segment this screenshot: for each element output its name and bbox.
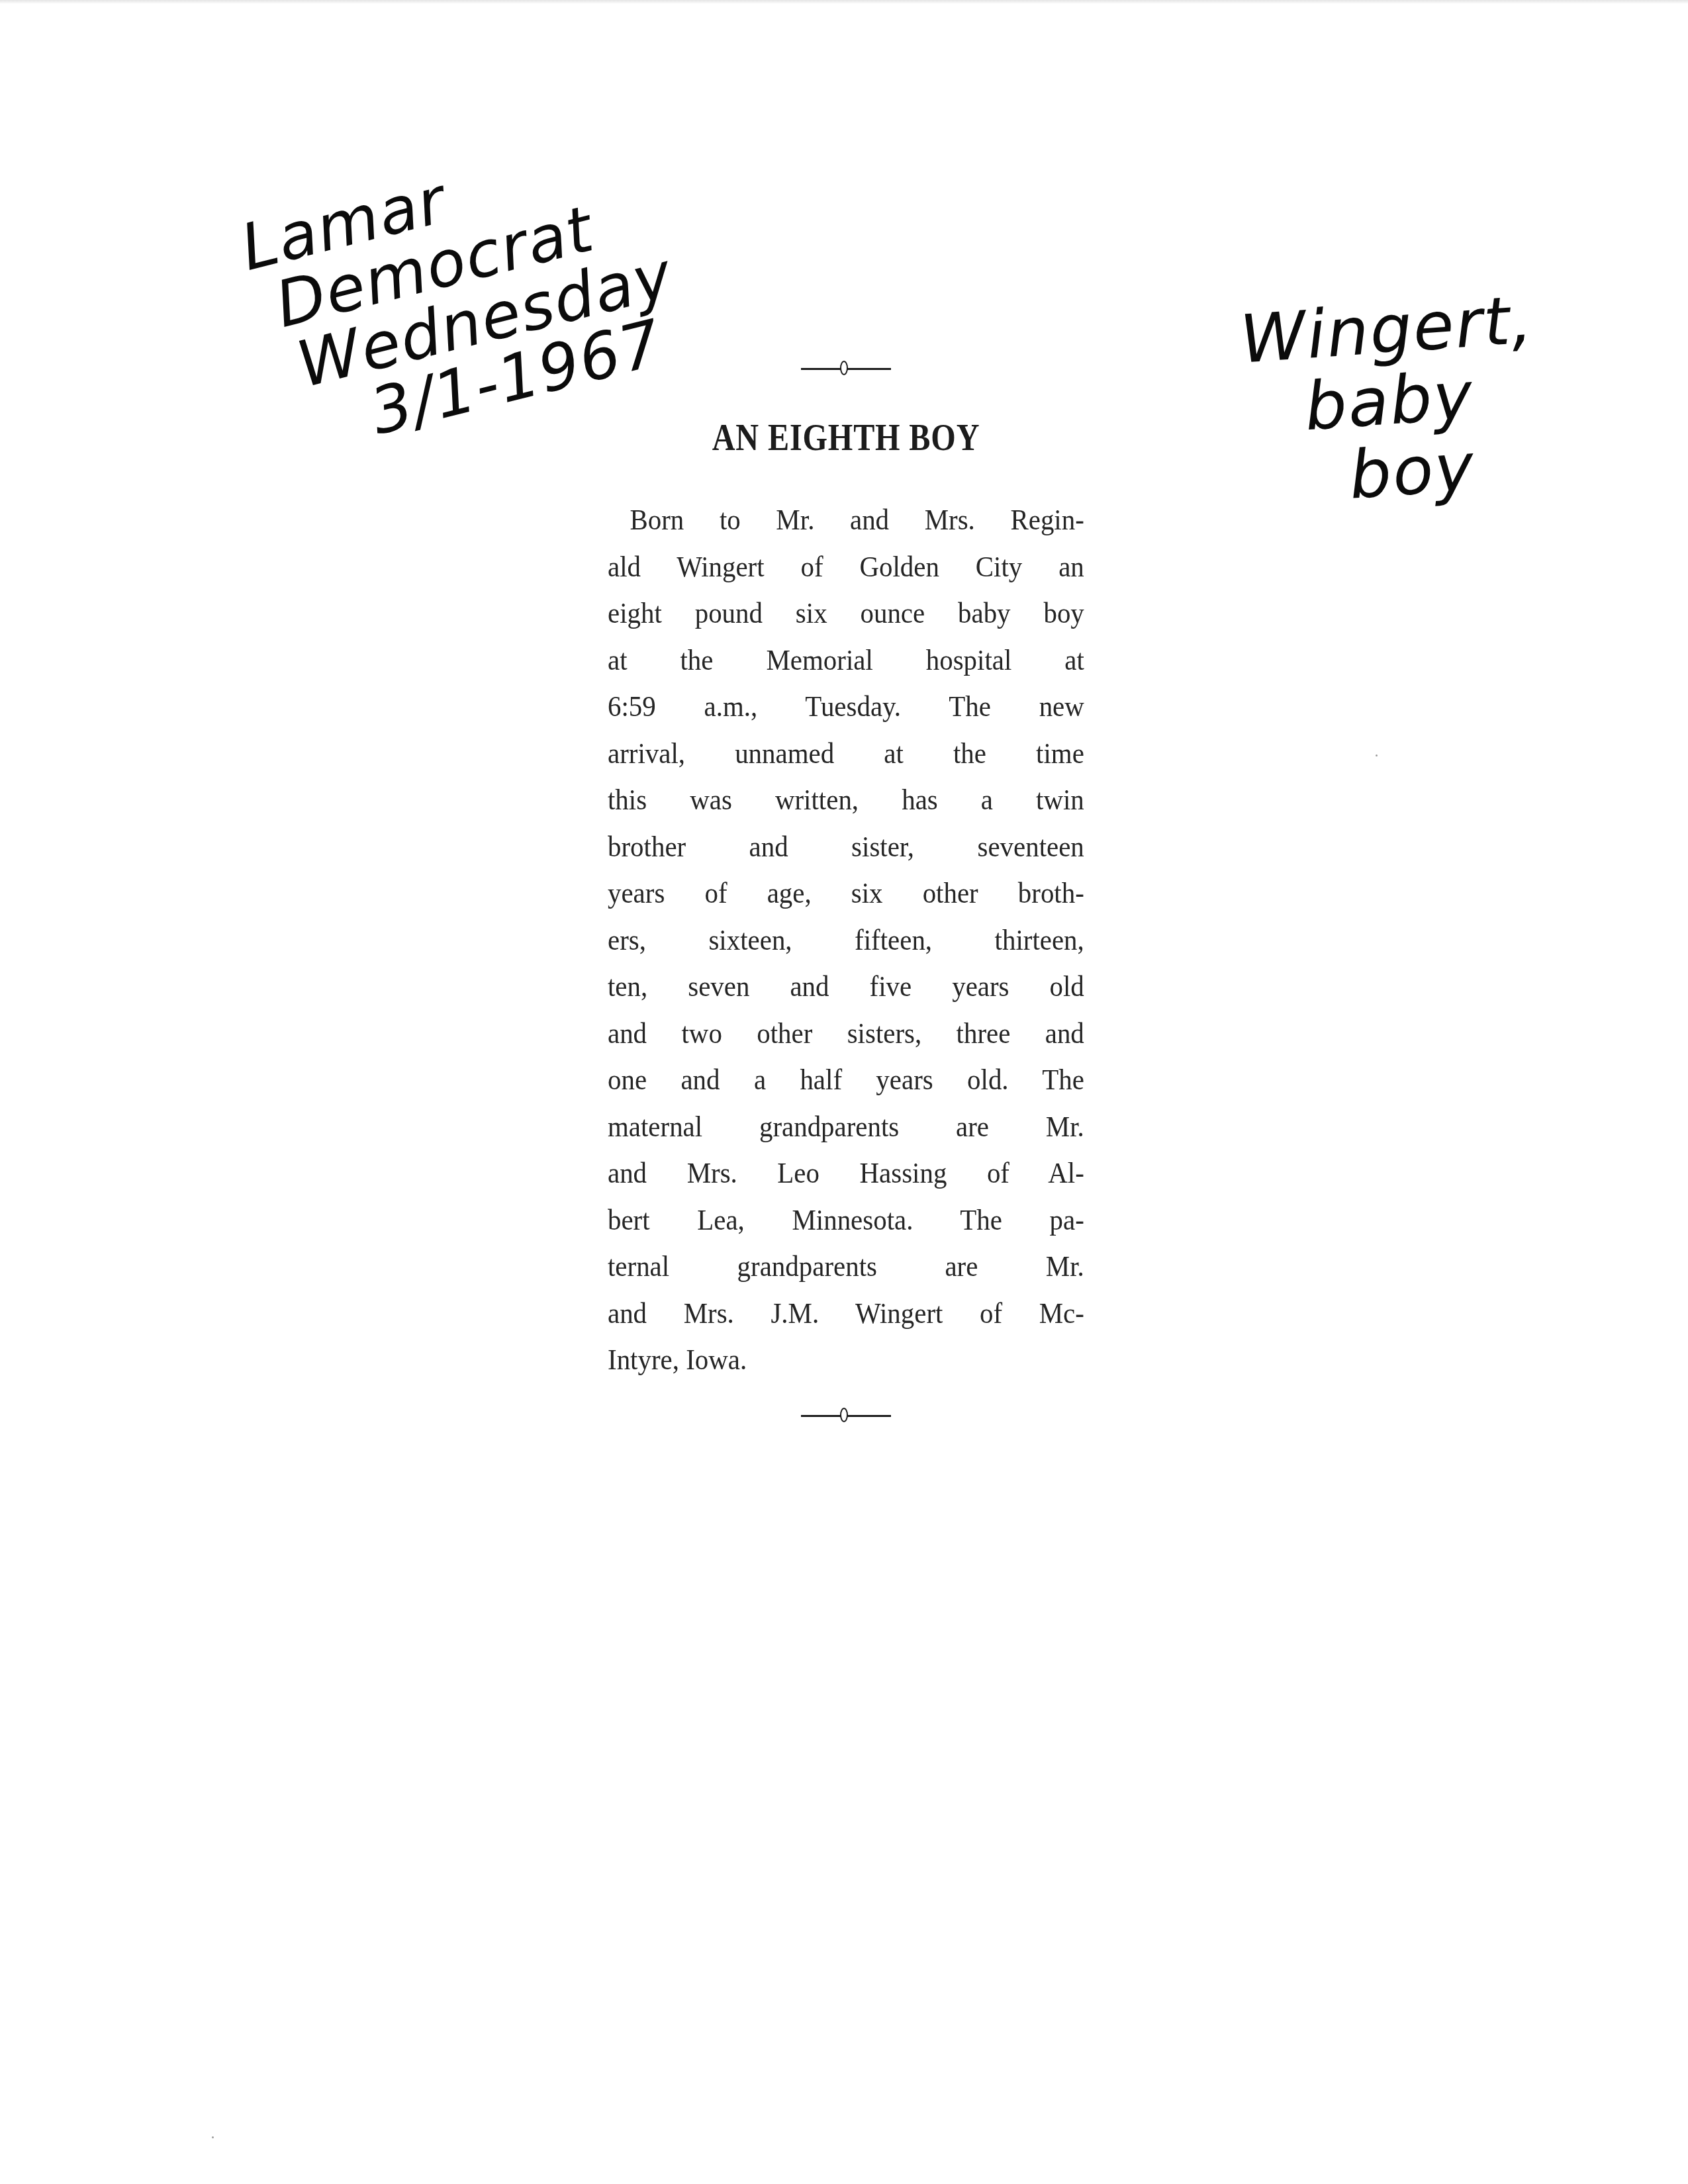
article-line: years of age, six other broth-: [608, 870, 1084, 917]
newspaper-clipping: AN EIGHTH BOY Born to Mr. and Mrs. Regin…: [608, 344, 1084, 1424]
article-line: Born to Mr. and Mrs. Regin-: [608, 497, 1084, 544]
article-line: and two other sisters, three and: [608, 1011, 1084, 1058]
scan-top-edge: [0, 0, 1688, 4]
article-line: eight pound six ounce baby boy: [608, 590, 1084, 637]
article-line: maternal grandparents are Mr.: [608, 1104, 1084, 1151]
article-line: ternal grandparents are Mr.: [608, 1244, 1084, 1291]
handwritten-subject-note: Wingert, baby boy: [1238, 285, 1530, 519]
article-line: one and a half years old. The: [608, 1057, 1084, 1104]
article-line: Intyre, Iowa.: [608, 1337, 1084, 1384]
handwritten-line: boy: [1347, 428, 1530, 512]
article-line: this was written, has a twin: [608, 777, 1084, 824]
bottom-divider-ornament: [801, 1408, 891, 1424]
article-line: 6:59 a.m., Tuesday. The new: [608, 684, 1084, 731]
article-headline: AN EIGHTH BOY: [641, 416, 1051, 460]
scan-speck: [1376, 754, 1378, 756]
article-line: arrival, unnamed at the time: [608, 731, 1084, 778]
handwritten-source-note: Lamar Democrat Wednesday 3/1-1967: [235, 129, 656, 465]
article-line: bert Lea, Minnesota. The pa-: [608, 1197, 1084, 1244]
article-line: at the Memorial hospital at: [608, 637, 1084, 684]
article-line: ers, sixteen, fifteen, thirteen,: [608, 917, 1084, 964]
article-line: and Mrs. J.M. Wingert of Mc-: [608, 1291, 1084, 1338]
top-divider-ornament: [801, 361, 891, 377]
article-body: Born to Mr. and Mrs. Regin- ald Wingert …: [608, 497, 1084, 1384]
divider-knot-icon: [840, 361, 848, 375]
scan-speck: [212, 2136, 214, 2138]
article-line: brother and sister, seventeen: [608, 824, 1084, 871]
divider-knot-icon: [840, 1408, 848, 1422]
article-line: ald Wingert of Golden City an: [608, 544, 1084, 591]
article-line: and Mrs. Leo Hassing of Al-: [608, 1150, 1084, 1197]
article-line: ten, seven and five years old: [608, 964, 1084, 1011]
